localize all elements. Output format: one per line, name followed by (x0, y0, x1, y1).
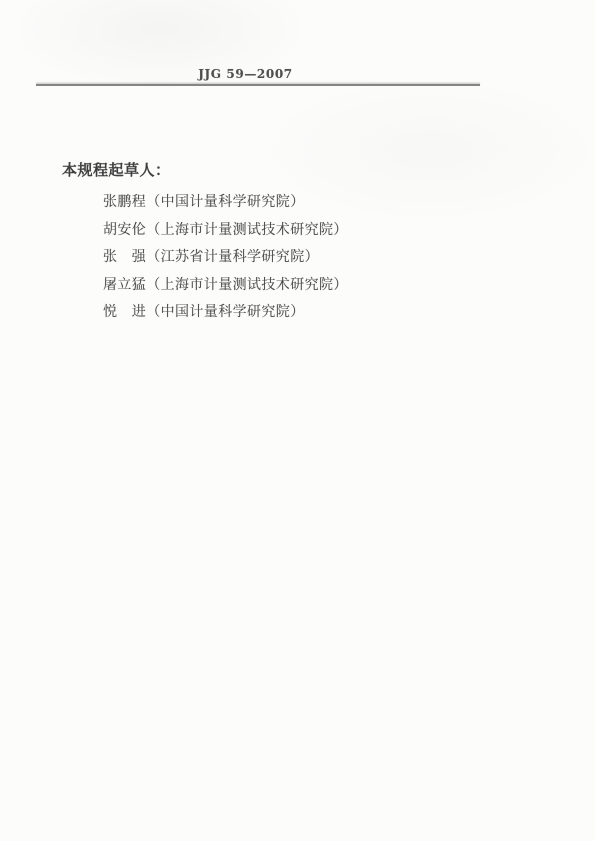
drafter-name: 胡安伦 (103, 223, 146, 237)
page-content: 本规程起草人： 张鹏程（中国计量科学研究院） 胡安伦（上海市计量测试技术研究院）… (62, 163, 555, 333)
drafter-affiliation: （中国计量科学研究院） (146, 305, 304, 319)
drafters-heading: 本规程起草人： (62, 163, 555, 178)
drafter-row: 张 强（江苏省计量科学研究院） (103, 250, 555, 264)
drafter-name: 张鹏程 (103, 195, 146, 209)
doc-number: JJG 59—2007 (28, 67, 463, 81)
header-rule (36, 84, 480, 86)
drafter-name: 悦 进 (103, 305, 146, 319)
drafter-list: 张鹏程（中国计量科学研究院） 胡安伦（上海市计量测试技术研究院） 张 强（江苏省… (103, 195, 555, 319)
drafter-row: 屠立猛（上海市计量测试技术研究院） (103, 278, 555, 292)
drafter-affiliation: （中国计量科学研究院） (146, 195, 304, 209)
drafter-row: 张鹏程（中国计量科学研究院） (103, 195, 555, 209)
drafter-row: 悦 进（中国计量科学研究院） (103, 305, 555, 319)
drafter-affiliation: （上海市计量测试技术研究院） (146, 278, 348, 292)
drafter-affiliation: （江苏省计量科学研究院） (146, 250, 319, 264)
drafter-row: 胡安伦（上海市计量测试技术研究院） (103, 223, 555, 237)
drafter-name: 屠立猛 (103, 278, 146, 292)
document-page: JJG 59—2007 本规程起草人： 张鹏程（中国计量科学研究院） 胡安伦（上… (0, 0, 595, 841)
drafter-name: 张 强 (103, 250, 146, 264)
drafter-affiliation: （上海市计量测试技术研究院） (146, 223, 348, 237)
